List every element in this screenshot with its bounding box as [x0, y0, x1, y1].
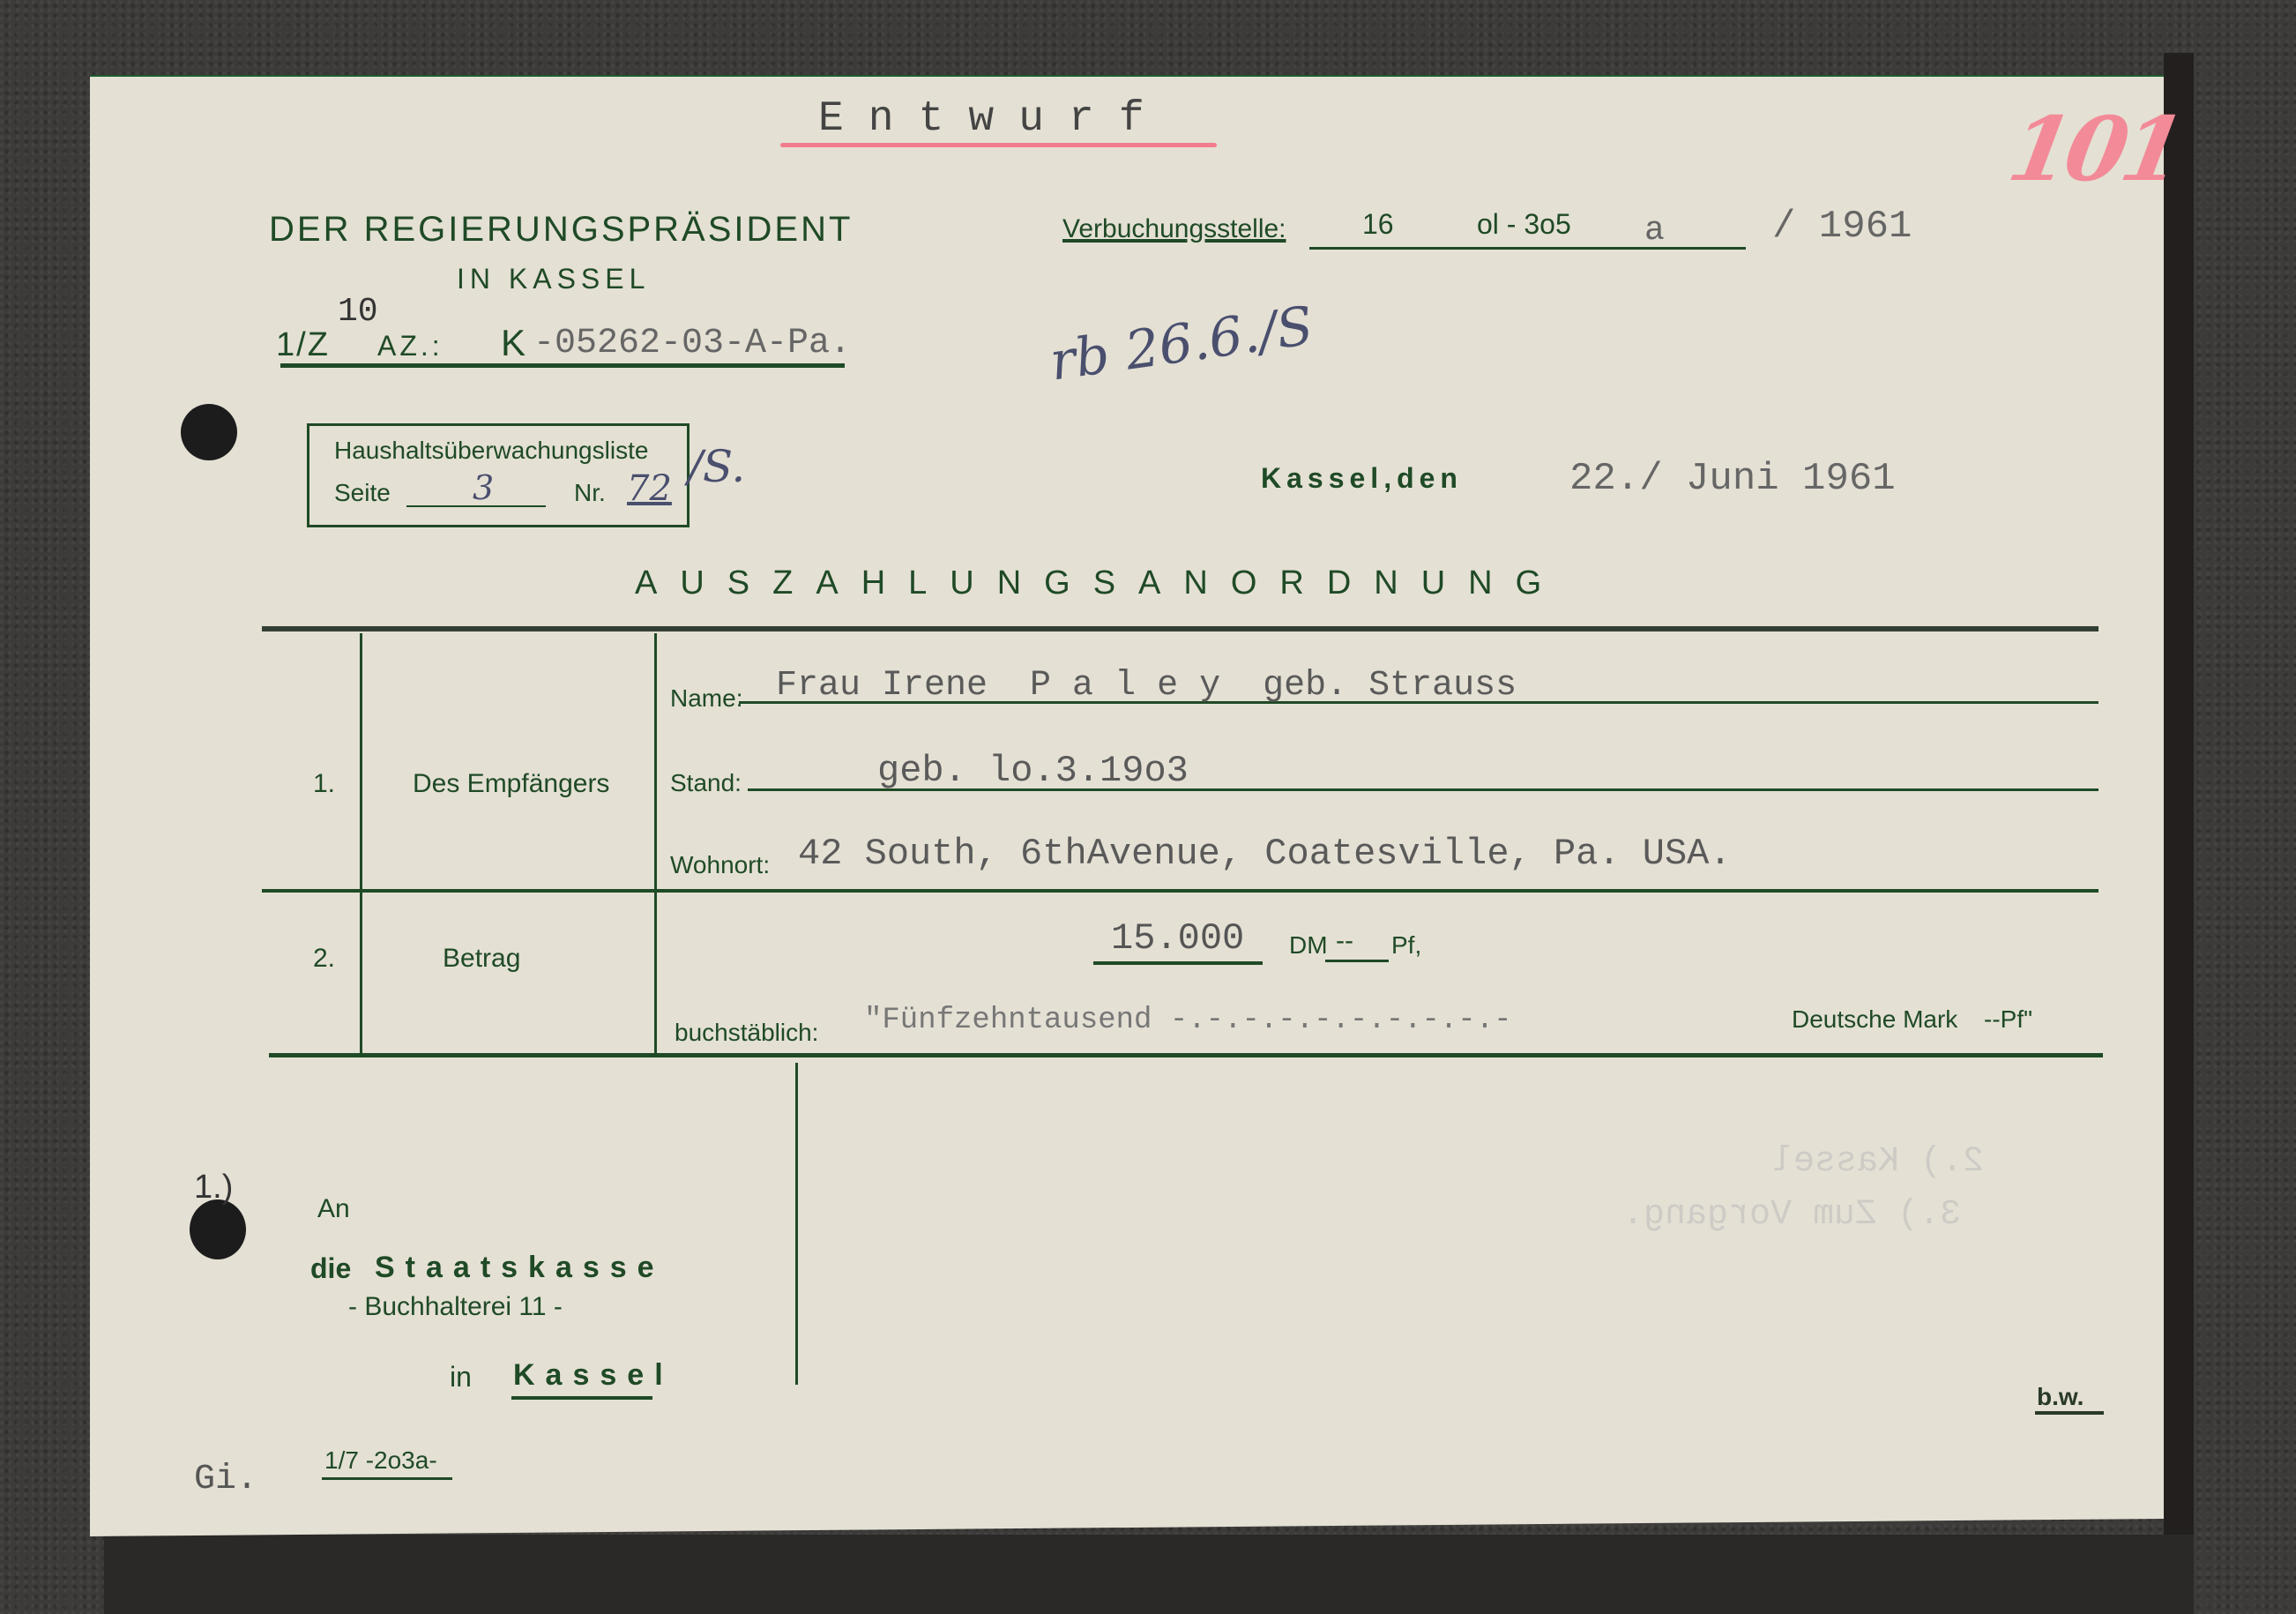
punch-hole-bottom	[190, 1199, 246, 1259]
budget-number-value: 72	[627, 468, 672, 509]
reference-az-value: -05262-03-A-Pa.	[533, 324, 851, 363]
amount-pf-value: --	[1336, 926, 1353, 956]
budget-page-label: Seite	[334, 479, 391, 507]
footer-form-code-underline	[322, 1477, 452, 1480]
row1-number: 1.	[313, 769, 335, 799]
amount-in-words: "Fünfzehntausend -.-.-.-.-.-.-.-.-.-	[864, 1004, 1512, 1037]
budget-initial: /S.	[688, 441, 745, 492]
place-label: Kassel,den	[1261, 462, 1463, 495]
in-words-pf: --Pf"	[1984, 1005, 2032, 1034]
addressee-city-underline	[511, 1396, 652, 1400]
table-top-rule	[262, 626, 2098, 631]
addressee-kasse: Staatskasse	[375, 1251, 665, 1285]
booking-part3: a	[1644, 212, 1665, 250]
amount-pf-label: Pf,	[1391, 931, 1421, 960]
recipient-name: Frau Irene P a l e y geb. Strauss	[776, 666, 1517, 706]
footer-initials: Gi.	[194, 1460, 257, 1499]
addressee-dept: - Buchhalterei 11 -	[348, 1292, 563, 1322]
footer-form-code: 1/7 -2o3a-	[324, 1446, 437, 1475]
handwritten-page-number: 101	[2002, 97, 2188, 201]
addressee-die: die	[310, 1252, 351, 1285]
form-title: AUSZAHLUNGSANORDNUNG	[635, 564, 1564, 602]
budget-box-title: Haushaltsüberwachungsliste	[334, 437, 648, 465]
budget-list-box: Haushaltsüberwachungsliste Seite 3 Nr. 7…	[307, 423, 690, 527]
reference-az-letter: K	[501, 322, 526, 364]
wohnort-label: Wohnort:	[670, 851, 770, 879]
addressee-city: Kassel	[513, 1358, 674, 1393]
folder-edge-right	[2164, 53, 2194, 1552]
addressee-an: An	[317, 1194, 350, 1224]
in-words-label: buchstäblich:	[675, 1019, 818, 1047]
punch-hole-top	[181, 404, 237, 460]
table-col-divider-2	[654, 633, 657, 1055]
booking-year: / 1961	[1772, 205, 1912, 249]
booking-label: Verbuchungsstelle:	[1062, 214, 1286, 244]
amount-value: 15.000	[1111, 917, 1244, 960]
draft-label: Entwurf	[818, 95, 1169, 143]
stand-label: Stand:	[670, 769, 742, 797]
folder-edge-bottom	[104, 1535, 2194, 1614]
amount-underline	[1093, 961, 1263, 965]
row2-number: 2.	[313, 944, 335, 974]
reference-superscript: 10	[338, 293, 378, 331]
table-col-divider-1	[360, 633, 362, 1055]
in-words-currency: Deutsche Mark	[1792, 1005, 1957, 1034]
reference-prefix: 1/Z	[276, 326, 330, 364]
booking-part1: 16	[1362, 208, 1394, 241]
booking-field-line	[1309, 247, 1746, 250]
document-date: 22./ Juni 1961	[1569, 457, 1896, 501]
budget-number-label: Nr.	[574, 479, 606, 507]
booking-part2: ol - 3o5	[1477, 208, 1571, 241]
addressee-marker: 1.)	[194, 1169, 233, 1207]
addressee-in: in	[450, 1361, 472, 1394]
name-label: Name:	[670, 684, 742, 713]
turn-over-underline	[2035, 1411, 2104, 1415]
recipient-address: 42 South, 6thAvenue, Coatesville, Pa. US…	[798, 833, 1732, 875]
budget-page-value: 3	[473, 468, 494, 507]
amount-pf-line	[1325, 960, 1389, 962]
bleed-through-line2: 3.) Zum Vorgang.	[1622, 1195, 1961, 1235]
amount-currency: DM	[1289, 931, 1328, 960]
reference-az-label: AZ.:	[377, 330, 444, 362]
turn-over-note: b.w.	[2037, 1383, 2084, 1411]
row1-heading: Des Empfängers	[413, 769, 609, 799]
recipient-birth: geb. lo.3.19o3	[877, 750, 1189, 792]
draft-red-underline	[780, 143, 1217, 147]
address-divider	[795, 1063, 798, 1385]
authority-line1: DER REGIERUNGSPRÄSIDENT	[269, 210, 853, 250]
row2-heading: Betrag	[443, 944, 520, 974]
authority-line2: IN KASSEL	[457, 263, 650, 295]
table-bottom-rule	[269, 1053, 2103, 1057]
bleed-through-line1: 2.) Kassel	[1772, 1142, 1984, 1182]
reference-underline	[280, 363, 845, 368]
table-row-rule	[262, 889, 2098, 893]
